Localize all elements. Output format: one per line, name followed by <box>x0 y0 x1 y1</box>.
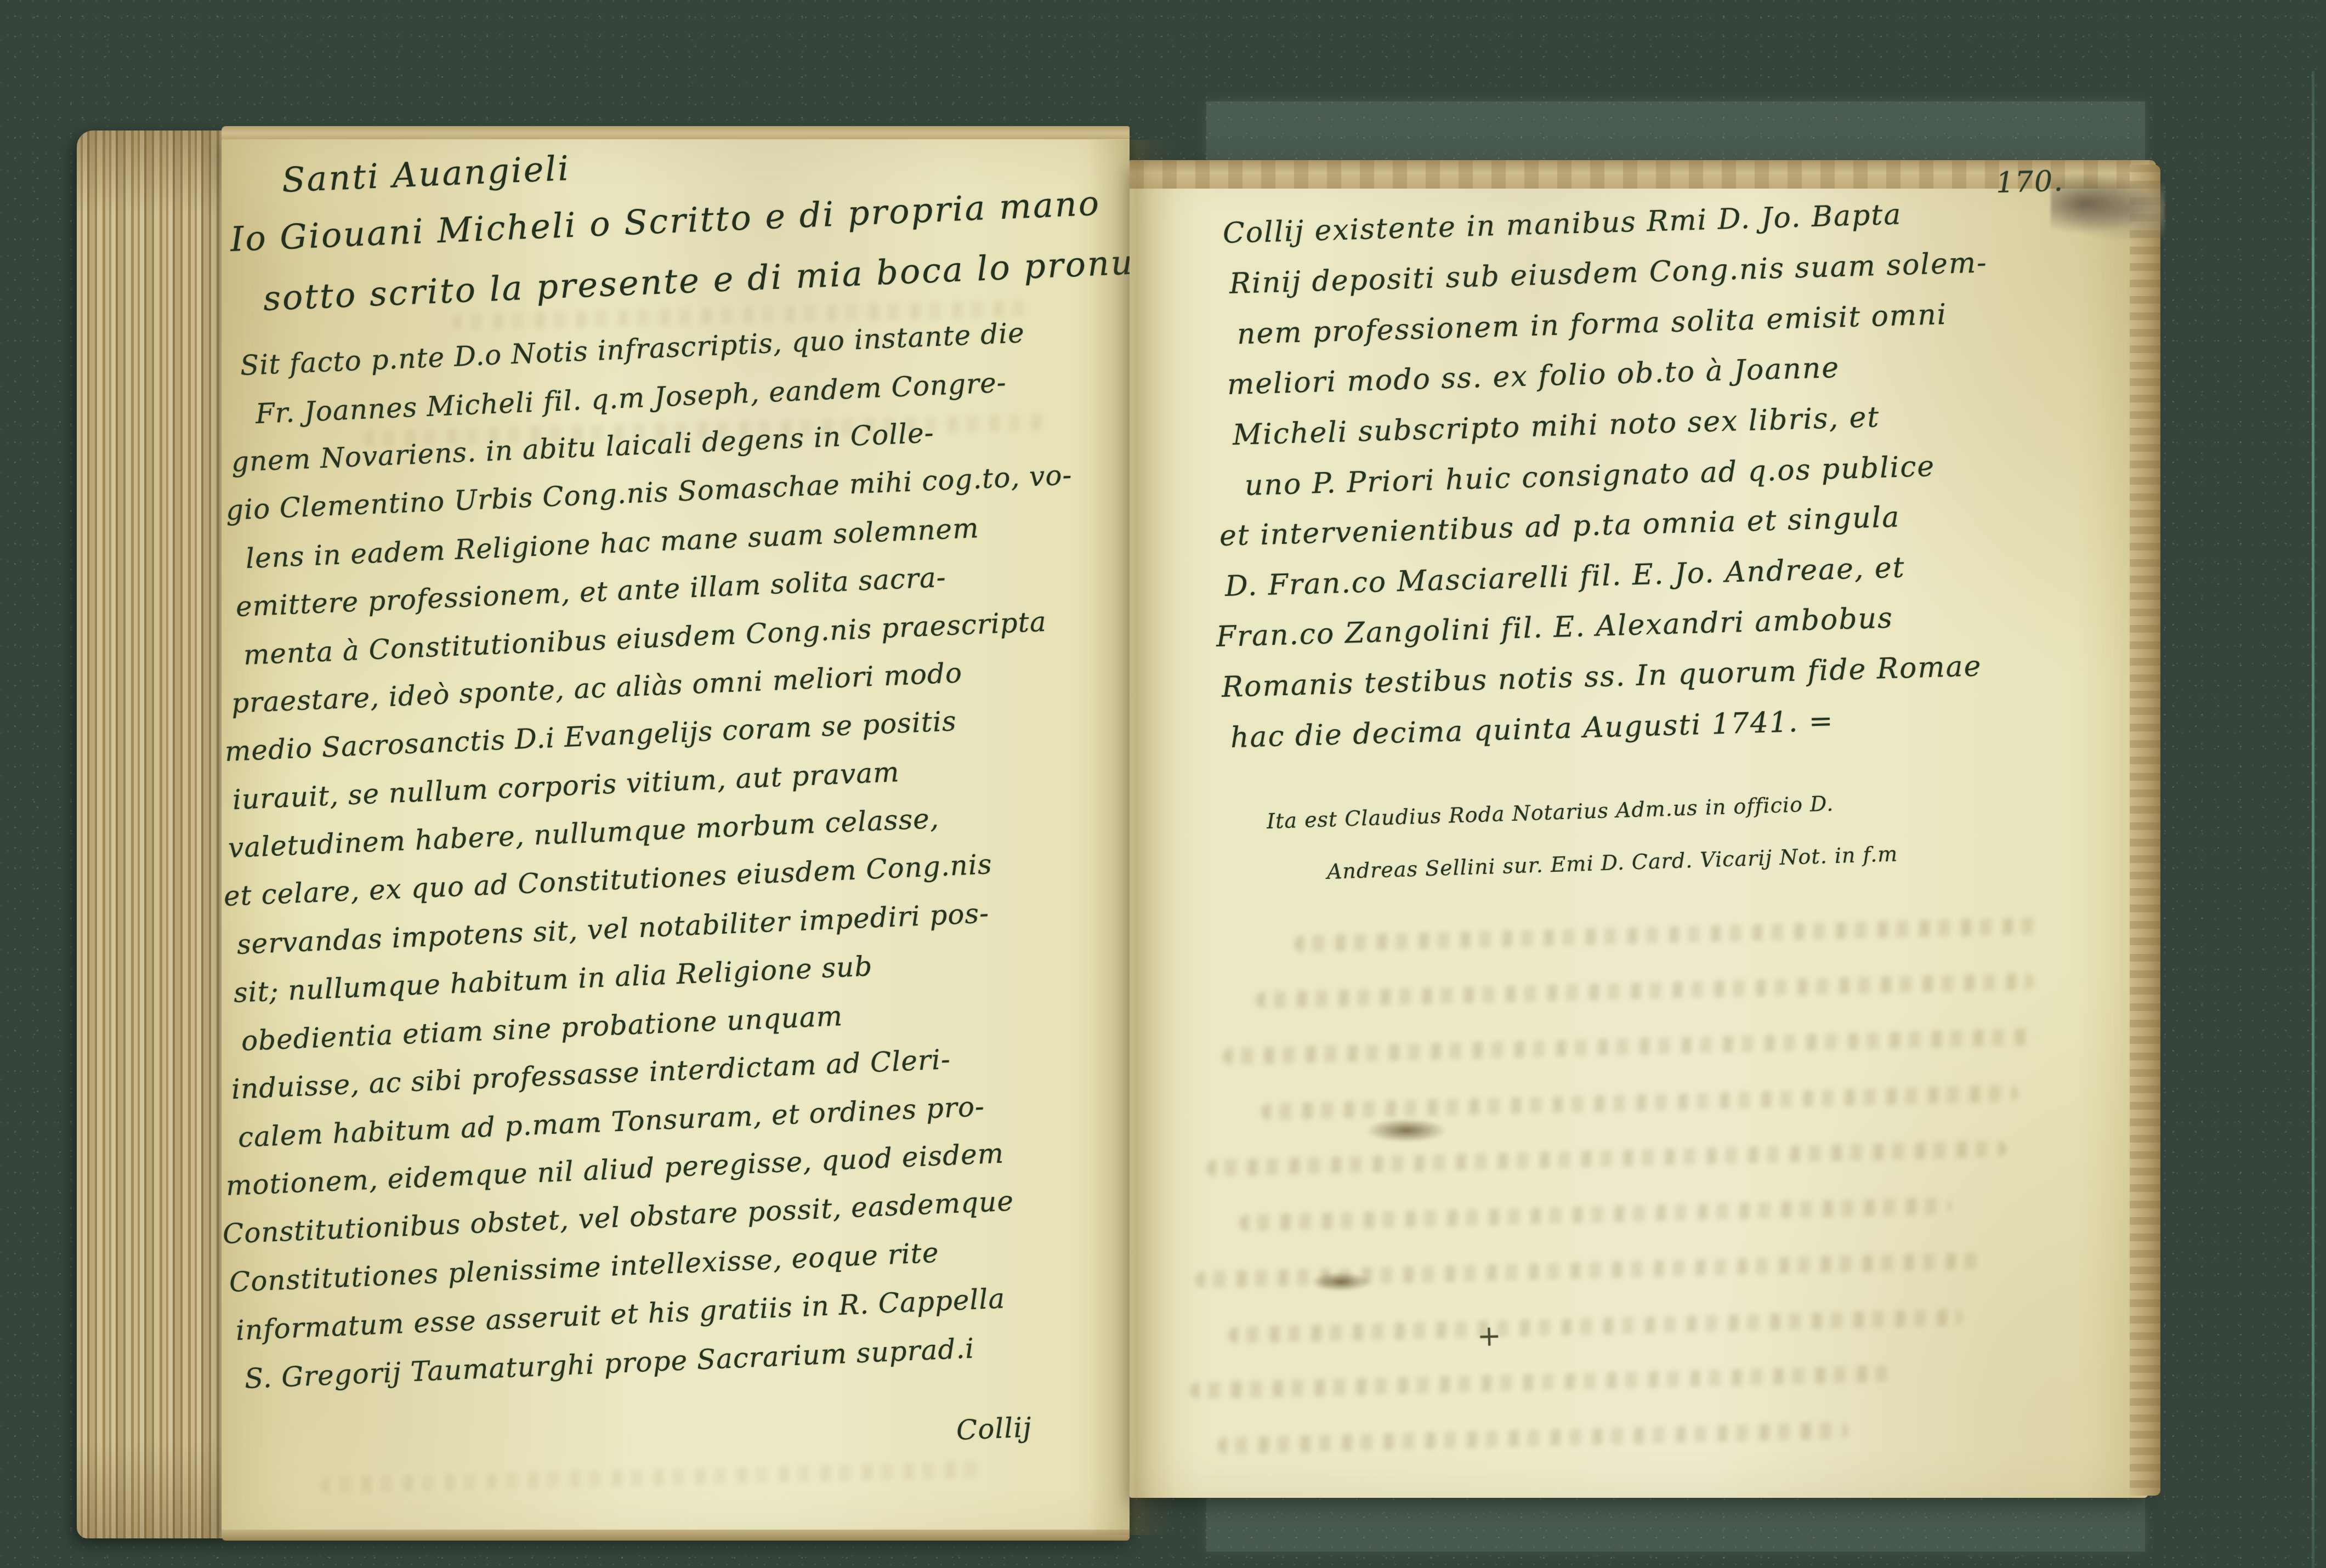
manuscript-line: uno P. Priori huic consignato ad q.os pu… <box>1244 450 1936 502</box>
manuscript-line: hac die decima quinta Augusti 1741. = <box>1230 705 1834 754</box>
manuscript-line: Fran.co Zangolini fil. E. Alexandri ambo… <box>1216 602 1893 654</box>
bleedthrough-ghost-line <box>1190 1365 1892 1399</box>
manuscript-line: meliori modo ss. ex folio ob.to à Joanne <box>1227 351 1840 401</box>
manuscript-line: nem professionem in forma solita emisit … <box>1236 298 1948 351</box>
manuscript-line: iurauit, se nullum corporis vitium, aut … <box>232 756 900 816</box>
manuscript-line: Santi Auangieli <box>281 148 571 200</box>
manuscript-line: Constitutiones plenissime intellexisse, … <box>229 1237 940 1298</box>
manuscript-line: Micheli subscripto mihi noto sex libris,… <box>1232 401 1880 452</box>
manuscript-line: D. Fran.co Masciarelli fil. E. Jo. Andre… <box>1224 551 1905 603</box>
manuscript-line: Romanis testibus notis ss. In quorum fid… <box>1221 650 1982 704</box>
bleedthrough-ghost-line <box>1294 917 2040 952</box>
catchword: Collij <box>956 1411 1032 1446</box>
manuscript-line: S. Gregorij Taumaturghi prope Sacrarium … <box>244 1332 975 1395</box>
plexiglass-edge <box>2312 71 2314 1568</box>
page-number: 170. <box>1995 165 2064 200</box>
bleedthrough-ghost-line <box>320 1461 978 1493</box>
bleedthrough-ghost-line <box>1239 1197 1952 1231</box>
bleedthrough-ghost-line <box>1217 1422 1848 1454</box>
manuscript-line: et intervenientibus ad p.ta omnia et sin… <box>1219 501 1900 553</box>
cross-mark: + <box>1477 1320 1502 1353</box>
notary-attestation-line: Andreas Sellini sur. Emi D. Card. Vicari… <box>1326 842 1898 884</box>
ink-smudge <box>1310 1272 1371 1292</box>
photo-scene: Santi Auangieli Io Giouani Micheli o Scr… <box>0 0 2326 1568</box>
bleedthrough-ghost-line <box>1261 1085 2018 1120</box>
right-page-text-block: 170. Collij existente in manibus Rmi D. … <box>1130 164 2148 1498</box>
manuscript-line: sit; nullumque habitum in alia Religione… <box>233 950 873 1009</box>
manuscript-line: Collij existente in manibus Rmi D. Jo. B… <box>1222 198 1902 250</box>
bleedthrough-ghost-line <box>1228 1309 1963 1344</box>
bleedthrough-ghost-line <box>1206 1140 2007 1177</box>
notary-attestation-line: Ita est Claudius Roda Notarius Adm.us in… <box>1266 792 1834 833</box>
manuscript-line: obedientia etiam sine probatione unquam <box>241 1000 843 1057</box>
bleedthrough-ghost-line <box>1223 1029 2034 1065</box>
manuscript-line: Rinij depositi sub eiusdem Cong.nis suam… <box>1229 246 1988 300</box>
ink-smudge <box>1365 1118 1448 1143</box>
bleedthrough-ghost-line <box>1256 973 2034 1009</box>
left-page-text-block: Santi Auangieli Io Giouani Micheli o Scr… <box>222 137 1130 1538</box>
book-page-stack-edge <box>77 130 226 1538</box>
